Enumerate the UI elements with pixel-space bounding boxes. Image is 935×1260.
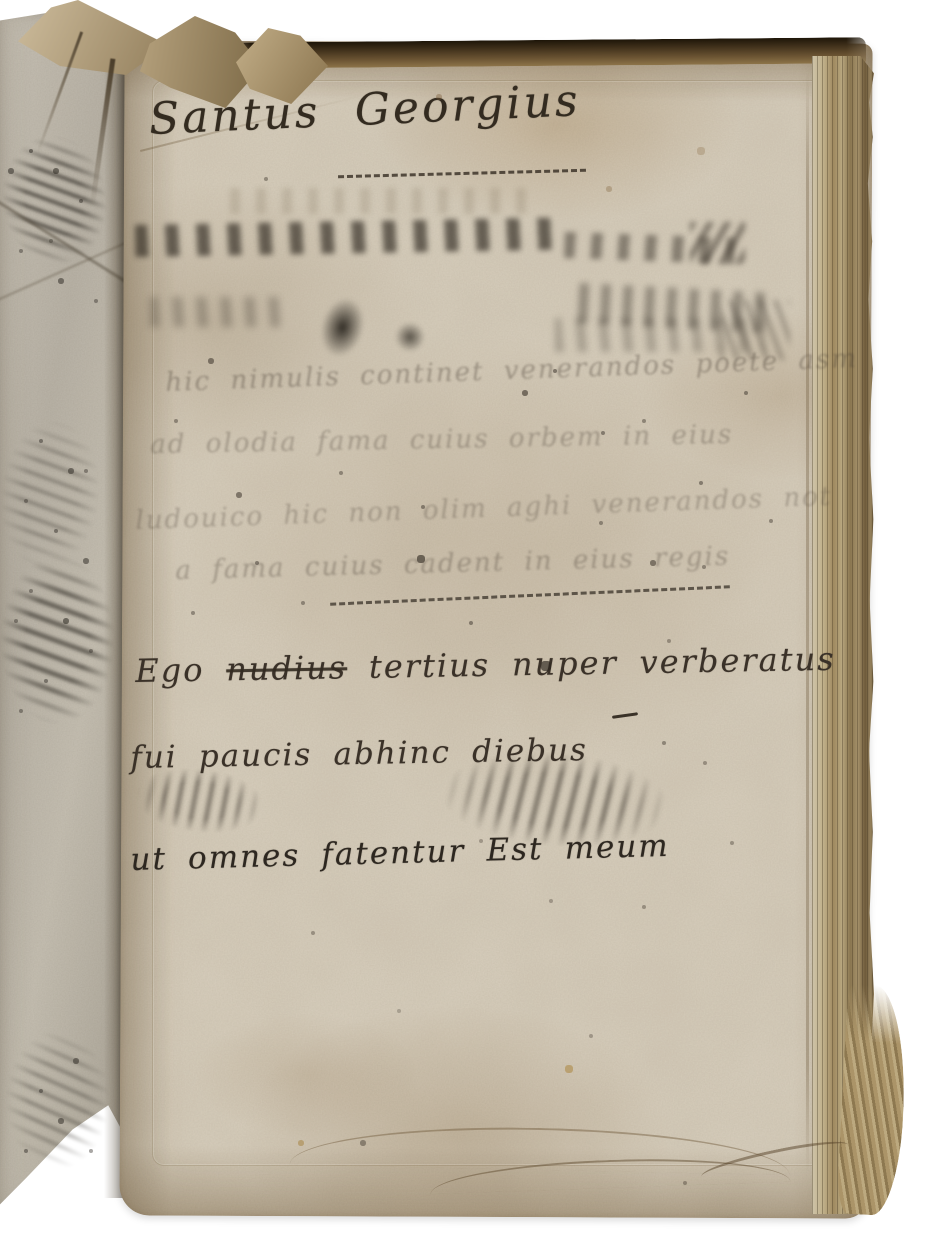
cover-ink-offset-smear — [0, 416, 106, 574]
ink-smudge — [150, 297, 280, 327]
ink-show-through — [230, 188, 530, 214]
page-ink-specks — [0, 0, 2, 2]
ink-blot — [395, 322, 425, 352]
photo-of-open-manuscript-book: Santus Georgius hic nimulis continet ven… — [0, 0, 935, 1260]
cover-ink-offset-smear — [5, 1030, 110, 1170]
page-vertical-crease — [806, 70, 809, 1175]
ink-offset-streaks — [132, 761, 268, 839]
ink-smudge — [690, 222, 745, 264]
bottom-right-page-curl — [836, 984, 910, 1217]
cover-ink-offset-smear — [0, 555, 115, 725]
struck-through-word: nudius — [226, 648, 348, 688]
inscription-line-1-start: Ego — [135, 650, 227, 690]
